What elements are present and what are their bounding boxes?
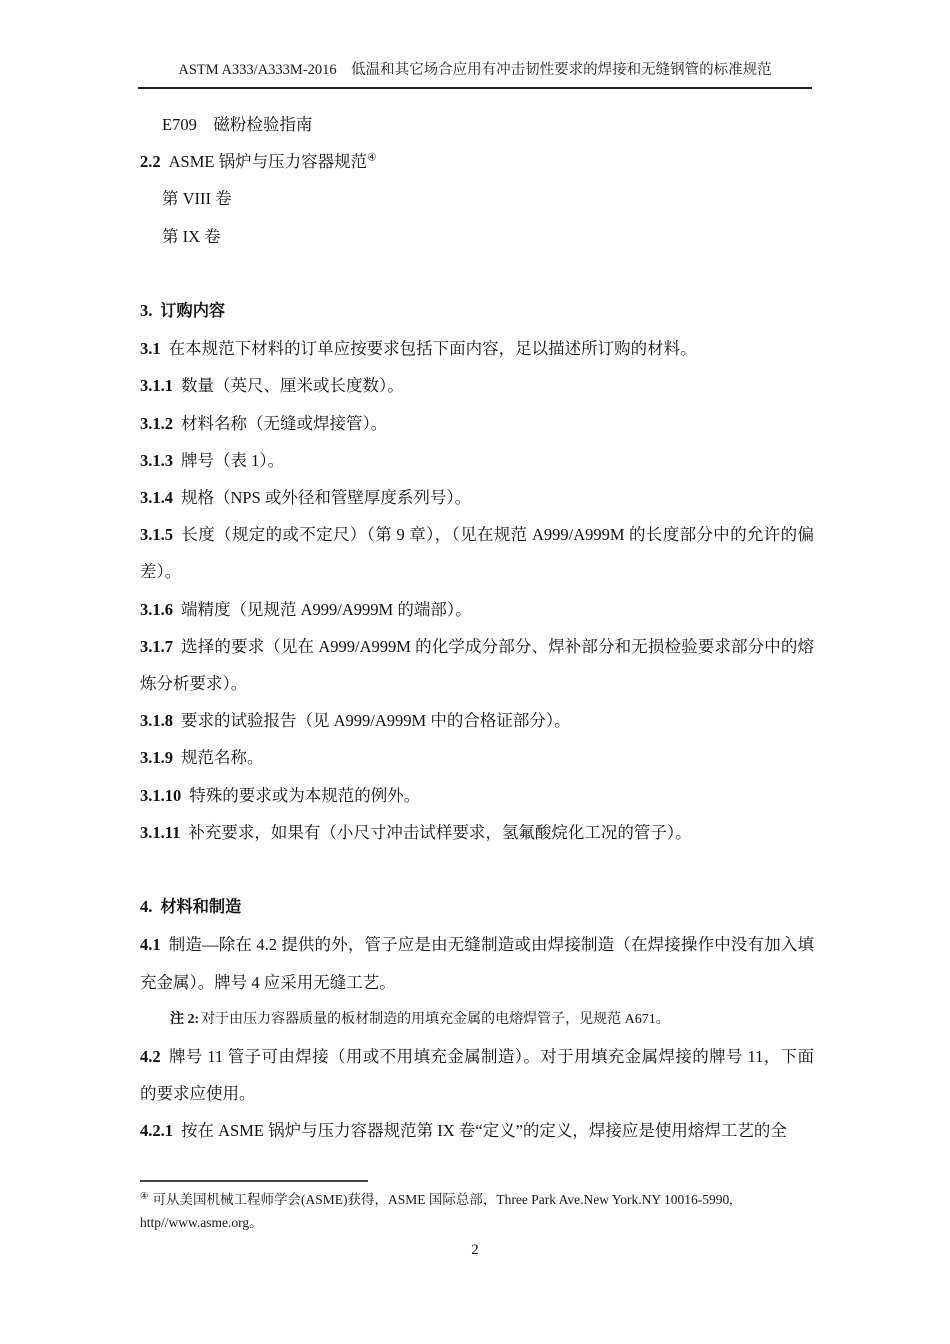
paragraph-text: 对于由压力容器质量的板材制造的用填充金属的电熔焊管子，见规范 A671。 xyxy=(201,1012,670,1027)
paragraph: 2.2ASME 锅炉与压力容器规范④ xyxy=(140,143,814,180)
paragraph: 3.1.5长度（规定的或不定尺）（第 9 章），（见在规范 A999/A999M… xyxy=(140,516,814,590)
blank-line xyxy=(140,255,814,292)
clause-number: 3.1.7 xyxy=(140,637,173,656)
paragraph: 3.1.1数量（英尺、厘米或长度数）。 xyxy=(140,367,814,404)
paragraph: 第 VIII 卷 xyxy=(140,180,814,217)
clause-number: 3. xyxy=(140,301,152,320)
footnote-marker: ④ xyxy=(140,1192,149,1202)
paragraph-text: 长度（规定的或不定尺）（第 9 章），（见在规范 A999/A999M 的长度部… xyxy=(140,525,814,581)
blank-line xyxy=(140,851,814,888)
paragraph-text: 材料名称（无缝或焊接管）。 xyxy=(181,414,387,433)
paragraph-text: 规格（NPS 或外径和管壁厚度系列号）。 xyxy=(181,488,471,507)
paragraph: 3.1.4规格（NPS 或外径和管壁厚度系列号）。 xyxy=(140,479,814,516)
content: E709 磁粉检验指南2.2ASME 锅炉与压力容器规范④第 VIII 卷第 I… xyxy=(140,106,814,1150)
page-header: ASTM A333/A333M-2016 低温和其它场合应用有冲击韧性要求的焊接… xyxy=(138,58,812,89)
paragraph-text: 端精度（见规范 A999/A999M 的端部）。 xyxy=(181,600,472,619)
paragraph: 3.1.10特殊的要求或为本规范的例外。 xyxy=(140,777,814,814)
clause-number: 3.1.8 xyxy=(140,711,173,730)
section-heading: 3.订购内容 xyxy=(140,292,814,330)
document-page: ASTM A333/A333M-2016 低温和其它场合应用有冲击韧性要求的焊接… xyxy=(0,0,950,1344)
section-heading: 4.材料和制造 xyxy=(140,888,814,926)
paragraph-text: 数量（英尺、厘米或长度数）。 xyxy=(181,376,404,395)
paragraph-text: 要求的试验报告（见 A999/A999M 中的合格证部分）。 xyxy=(181,711,571,730)
clause-number: 3.1.11 xyxy=(140,823,180,842)
paragraph: 3.1.11补充要求，如果有（小尺寸冲击试样要求，氢氟酸烷化工况的管子）。 xyxy=(140,814,814,851)
footnote-ref: ④ xyxy=(367,153,376,164)
clause-number: 3.1.10 xyxy=(140,786,181,805)
paragraph-text: E709 磁粉检验指南 xyxy=(162,115,312,134)
clause-number: 3.1.1 xyxy=(140,376,173,395)
paragraph: E709 磁粉检验指南 xyxy=(140,106,814,143)
paragraph: 3.1.2材料名称（无缝或焊接管）。 xyxy=(140,405,814,442)
heading-text: 订购内容 xyxy=(160,302,225,320)
paragraph-text: 特殊的要求或为本规范的例外。 xyxy=(189,786,420,805)
paragraph-text: 第 VIII 卷 xyxy=(162,189,232,208)
paragraph: 3.1.9规范名称。 xyxy=(140,739,814,776)
paragraph: 4.2牌号 11 管子可由焊接（用或不用填充金属制造）。对于用填充金属焊接的牌号… xyxy=(140,1038,814,1112)
paragraph: 4.2.1按在 ASME 锅炉与压力容器规范第 IX 卷“定义”的定义，焊接应是… xyxy=(140,1112,814,1149)
paragraph-text: 牌号（表 1）。 xyxy=(181,451,284,470)
clause-number: 3.1.6 xyxy=(140,600,173,619)
paragraph: 3.1.8要求的试验报告（见 A999/A999M 中的合格证部分）。 xyxy=(140,702,814,739)
paragraph-text: 规范名称。 xyxy=(181,748,264,767)
clause-number: 4.2.1 xyxy=(140,1121,173,1140)
paragraph: 3.1.7选择的要求（见在 A999/A999M 的化学成分部分、焊补部分和无损… xyxy=(140,628,814,702)
paragraph-text: ASME 锅炉与压力容器规范 xyxy=(169,152,367,171)
clause-number: 4.1 xyxy=(140,935,161,954)
paragraph-text: 按在 ASME 锅炉与压力容器规范第 IX 卷“定义”的定义，焊接应是使用熔焊工… xyxy=(181,1121,787,1140)
paragraph-text: 制造—除在 4.2 提供的外，管子应是由无缝制造或由焊接制造（在焊接操作中没有加… xyxy=(140,935,814,991)
paragraph-text: 牌号 11 管子可由焊接（用或不用填充金属制造）。对于用填充金属焊接的牌号 11… xyxy=(140,1047,814,1103)
paragraph-text: 选择的要求（见在 A999/A999M 的化学成分部分、焊补部分和无损检验要求部… xyxy=(140,637,814,693)
footnote-separator xyxy=(140,1180,368,1182)
note-label: 注 2: xyxy=(170,1012,199,1027)
clause-number: 3.1.4 xyxy=(140,488,173,507)
clause-number: 3.1.3 xyxy=(140,451,173,470)
paragraph-text: 第 IX 卷 xyxy=(162,227,221,246)
footnote-text: 可从美国机械工程师学会(ASME)获得，ASME 国际总部，Three Park… xyxy=(140,1192,733,1230)
paragraph: 第 IX 卷 xyxy=(140,218,814,255)
paragraph: 4.1制造—除在 4.2 提供的外，管子应是由无缝制造或由焊接制造（在焊接操作中… xyxy=(140,926,814,1000)
paragraph-text: 补充要求，如果有（小尺寸冲击试样要求，氢氟酸烷化工况的管子）。 xyxy=(188,823,691,842)
heading-text: 材料和制造 xyxy=(160,898,241,916)
note-paragraph: 注 2:对于由压力容器质量的板材制造的用填充金属的电熔焊管子，见规范 A671。 xyxy=(140,1001,814,1038)
clause-number: 3.1 xyxy=(140,339,161,358)
clause-number: 4. xyxy=(140,897,152,916)
paragraph-text: 在本规范下材料的订单应按要求包括下面内容，足以描述所订购的材料。 xyxy=(169,339,697,358)
paragraph: 3.1在本规范下材料的订单应按要求包括下面内容，足以描述所订购的材料。 xyxy=(140,330,814,367)
page-number: 2 xyxy=(0,1242,950,1259)
clause-number: 3.1.2 xyxy=(140,414,173,433)
clause-number: 3.1.5 xyxy=(140,525,173,544)
header-title: ASTM A333/A333M-2016 低温和其它场合应用有冲击韧性要求的焊接… xyxy=(178,62,771,78)
paragraph: 3.1.3牌号（表 1）。 xyxy=(140,442,814,479)
clause-number: 4.2 xyxy=(140,1047,161,1066)
footnote: ④可从美国机械工程师学会(ASME)获得，ASME 国际总部，Three Par… xyxy=(140,1188,820,1234)
clause-number: 3.1.9 xyxy=(140,748,173,767)
paragraph: 3.1.6端精度（见规范 A999/A999M 的端部）。 xyxy=(140,591,814,628)
clause-number: 2.2 xyxy=(140,152,161,171)
